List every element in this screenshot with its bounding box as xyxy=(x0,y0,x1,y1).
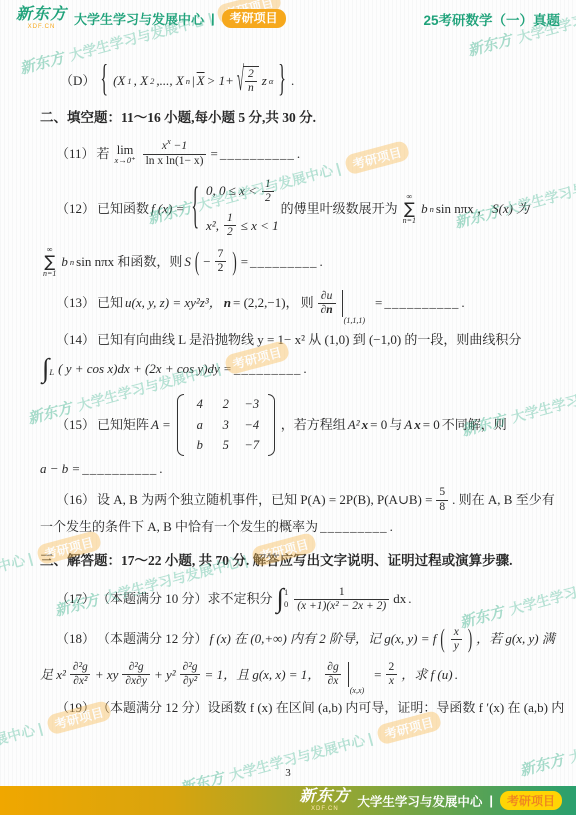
summation: ∞∑n=1 xyxy=(403,193,416,225)
period: . xyxy=(408,590,411,608)
integral-lower: L xyxy=(49,367,54,379)
question-16: （16） 设 A, B 为两个独立随机事件，已知 P(A) = 2P(B), P… xyxy=(40,486,542,513)
question-13: （13） 已知 u(x, y, z) = xy²z³， n = (2,2,−1)… xyxy=(40,290,542,317)
page-number: 3 xyxy=(0,767,576,779)
fraction: ∂²g∂y² xyxy=(180,661,201,688)
matrix-cell: a xyxy=(191,417,209,435)
denominator: ∂x xyxy=(325,674,342,688)
question-label: （11） xyxy=(56,145,95,163)
formula-part: f (x) = xyxy=(151,200,184,218)
numerator: 1 xyxy=(262,178,274,191)
matrix-cell: −3 xyxy=(243,396,261,414)
matrix-cell: b xyxy=(191,437,209,455)
left-brace: { xyxy=(100,54,108,108)
header-brand: 新东方 XDF.CN 大学生学习与发展中心 | 考研项目 xyxy=(16,7,286,30)
matrix-right-paren xyxy=(268,394,275,456)
text: 则 xyxy=(301,294,314,312)
denominator: 8 xyxy=(436,500,448,514)
fraction: ∂²g∂x∂y xyxy=(122,661,150,688)
text: 与 xyxy=(389,416,402,434)
formula-part: 足 x² xyxy=(40,666,66,684)
watermark-text: 大学生学习与发展中心 | xyxy=(567,709,576,767)
period: . xyxy=(297,145,300,163)
numerator: 2 xyxy=(245,68,257,81)
right-brace: } xyxy=(278,54,286,108)
text: sin nπx 和函数，则 xyxy=(76,253,182,271)
equals: = xyxy=(375,294,382,312)
period: . xyxy=(159,460,162,478)
numerator: ∂u xyxy=(318,290,335,303)
xdf-logo: 新东方 XDF.CN xyxy=(16,7,67,30)
minus: − xyxy=(203,253,210,271)
formula-part: + y² xyxy=(154,666,176,684)
piecewise-cases: 0, 0 ≤ x <12 x²,12≤ x < 1 xyxy=(206,178,279,240)
vector-n: n xyxy=(326,304,332,316)
numerator: ∂g xyxy=(324,661,341,674)
question-14: （14） 已知有向曲线 L 是沿抛物线 y = 1− x² 从 (1,0) 到 … xyxy=(40,331,542,349)
formula-part: b xyxy=(61,253,68,271)
integral-upper: 1 xyxy=(284,587,288,599)
equals: = xyxy=(241,253,248,271)
program-badge: 考研项目 xyxy=(222,9,286,27)
numerator: 1 xyxy=(336,586,348,599)
question-label: （16） xyxy=(56,491,95,509)
question-label: （13） xyxy=(56,294,95,312)
numerator: 5 xyxy=(436,486,448,499)
question-19: （19） （本题满分 12 分）设函数 f (x) 在区间 (a,b) 内可导，… xyxy=(40,699,542,717)
eval-point: (1,1,1) xyxy=(344,315,365,326)
formula-part: | xyxy=(192,72,195,90)
question-label: （12） xyxy=(56,200,95,218)
logo-subtext: XDF.CN xyxy=(311,806,339,812)
question-16-cont: 一个发生的条件下 A, B 中恰有一个发生的概率为 _________. xyxy=(40,518,542,536)
question-18-cont: 足 x² ∂²g∂x² + xy ∂²g∂x∂y + y² ∂²g∂y² = 1… xyxy=(40,661,542,688)
denominator: ∂x∂y xyxy=(122,674,150,688)
equals: = xyxy=(374,666,381,684)
formula-part: dx xyxy=(393,590,406,608)
text: ，若 g(x, y) 满 xyxy=(476,630,555,648)
period: . xyxy=(461,294,464,312)
piecewise-brace: { xyxy=(191,173,199,245)
footer-xdf-logo: 新东方 XDF.CN xyxy=(299,789,350,812)
fraction: ∂u ∂n xyxy=(318,290,336,317)
question-label: （17） xyxy=(56,590,95,608)
section-2-heading: 二、填空题：11～16 小题,每小题 5 分,共 30 分. xyxy=(40,109,542,128)
question-label: （14） xyxy=(56,331,95,349)
formula-part: ，求 f (u) xyxy=(401,666,452,684)
logo-text: 新东方 xyxy=(299,789,350,805)
formula-part: + xy xyxy=(95,666,119,684)
numerator: ∂²g xyxy=(180,661,201,674)
divider: | xyxy=(489,793,493,808)
vector-x: x xyxy=(414,416,421,434)
formula-part: a − b = xyxy=(40,460,80,478)
question-15: （15） 已知矩阵 A = 42−3 a3−4 b5−7 ，若方程组 A²x= … xyxy=(40,394,542,456)
denominator: ∂y² xyxy=(180,674,200,688)
text: 已知有向曲线 L 是沿抛物线 y = 1− x² 从 (1,0) 到 (−1,0… xyxy=(97,331,521,349)
question-label: （15） xyxy=(56,416,95,434)
matrix-left-paren xyxy=(177,394,184,456)
period: . xyxy=(455,666,458,684)
question-label: （19） xyxy=(56,699,95,717)
org-name: 大学生学习与发展中心 xyxy=(357,792,482,810)
fraction: xy xyxy=(451,626,462,653)
formula-part: z xyxy=(262,72,267,90)
denominator: ln x ln(1− x) xyxy=(143,154,207,168)
question-17: （17） （本题满分 10 分）求不定积分 ∫10 1 (x +1)(x² − … xyxy=(40,585,542,614)
matrix-cell: 5 xyxy=(217,437,235,455)
formula-part: ,..., X xyxy=(156,72,183,90)
numerator: −1 xyxy=(171,140,187,152)
formula-part: (X xyxy=(113,72,125,90)
vector-n: n xyxy=(224,294,231,312)
program-badge: 考研项目 xyxy=(500,791,562,810)
matrix-cell: −7 xyxy=(243,437,261,455)
denominator: x xyxy=(386,674,397,688)
org-name: 大学生学习与发展中心 xyxy=(74,9,204,28)
exam-title: 25考研数学（一）真题 xyxy=(423,9,560,29)
blank-field: _________ xyxy=(320,518,388,536)
question-18: （18） （本题满分 12 分） f (x) 在 (0,+∞) 内有 2 阶导，… xyxy=(40,626,542,653)
watermark-text: 大学生学习与发展中心 | xyxy=(0,547,35,605)
option-label: （D） xyxy=(60,72,95,90)
text: 一个发生的条件下 A, B 中恰有一个发生的概率为 xyxy=(40,518,318,536)
formula-part: > 1+ xyxy=(207,72,234,90)
text: 已知 xyxy=(97,294,123,312)
denominator: 2 xyxy=(262,191,274,205)
lim-sub: x→0⁺ xyxy=(115,156,136,165)
integral: ∫10 xyxy=(277,585,289,614)
page-header: 新东方 XDF.CN 大学生学习与发展中心 | 考研项目 25考研数学（一）真题 xyxy=(16,7,560,30)
evaluation-bar: (1,1,1) xyxy=(342,290,365,317)
formula-part: f (x) 在 (0,+∞) 内有 2 阶导，记 g(x, y) = f xyxy=(210,630,437,648)
x-bar: X xyxy=(197,72,205,90)
vector-x: x xyxy=(362,416,369,434)
question-14-cont: ∫L ( y + cos x)dx + (2x + cos y)dy = ___… xyxy=(40,355,542,382)
blank-field: _________ xyxy=(250,253,318,271)
text: （本题满分 10 分）求不定积分 xyxy=(97,590,273,608)
question-label: （18） xyxy=(56,630,95,648)
integral-lower: 0 xyxy=(284,599,288,611)
fraction: 72 xyxy=(215,248,227,275)
question-11: （11） 若 limx→0⁺ xx −1 ln x ln(1− x) = ___… xyxy=(40,140,542,167)
evaluation-bar: (x,x) xyxy=(348,662,364,687)
formula-part: = (2,2,−1)， xyxy=(233,294,299,312)
fraction: ∂g∂x xyxy=(324,661,341,688)
denominator: 2 xyxy=(224,225,236,239)
logo-text: 新东方 xyxy=(16,7,67,23)
left-paren: ( xyxy=(195,243,199,280)
integral: ∫L xyxy=(42,355,54,382)
denominator: n xyxy=(245,81,257,95)
case-2: ≤ x < 1 xyxy=(241,217,279,235)
period: . xyxy=(390,518,393,536)
sum-lower: n=1 xyxy=(403,217,416,225)
matrix-cell: −4 xyxy=(243,417,261,435)
summation: ∞∑n=1 xyxy=(43,246,56,278)
formula-part: S xyxy=(184,253,191,271)
formula-part: u(x, y, z) = xy²z³， xyxy=(125,294,222,312)
numerator: ∂²g xyxy=(126,661,147,674)
text: 已知函数 xyxy=(97,200,149,218)
sigma: ∑ xyxy=(404,201,415,217)
numerator: 1 xyxy=(224,212,236,225)
blank-field: _________ xyxy=(234,360,302,378)
question-12-cont: ∞∑n=1 bn sin nπx 和函数，则 S ( − 72 ) = ____… xyxy=(40,246,542,278)
period: . xyxy=(320,253,323,271)
text: 不同解，则 xyxy=(442,416,507,434)
case-2: x², xyxy=(206,217,219,235)
formula-part: A² xyxy=(348,416,360,434)
numerator: 7 xyxy=(215,248,227,261)
blank-field: __________ xyxy=(82,460,157,478)
formula-part: A xyxy=(404,416,412,434)
denominator: (x +1)(x² − 2x + 2) xyxy=(294,599,389,613)
formula-part: ( y + cos x)dx + (2x + cos y)dy = xyxy=(58,360,232,378)
text: 已知矩阵 xyxy=(97,416,149,434)
period: . xyxy=(303,360,306,378)
footer-bar: 新东方 XDF.CN 大学生学习与发展中心 | 考研项目 xyxy=(0,786,576,815)
right-paren: ) xyxy=(468,621,472,658)
logo-subtext: XDF.CN xyxy=(28,24,56,30)
fraction: ∂²g∂x² xyxy=(70,661,91,688)
denominator: y xyxy=(451,639,462,653)
blank-field: __________ xyxy=(384,294,459,312)
sigma: ∑ xyxy=(44,254,55,270)
formula-part: = 1，且 g(x, x) = 1， xyxy=(205,666,321,684)
option-d: （D） { (X1, X2,..., Xn | X > 1+ √ 2n zα }… xyxy=(40,66,542,95)
text: ，若方程组 xyxy=(281,416,346,434)
formula-part: S(x) 为 xyxy=(492,200,529,218)
formula-part: , X xyxy=(134,72,148,90)
eval-point: (x,x) xyxy=(350,685,364,696)
text: 若 xyxy=(97,145,110,163)
matrix-cell: 2 xyxy=(217,396,235,414)
exam-page: 新东方 XDF.CN 大学生学习与发展中心 | 考研项目 25考研数学（一）真题… xyxy=(0,0,576,815)
text: （本题满分 12 分）设函数 f (x) 在区间 (a,b) 内可导，证明：导函… xyxy=(97,699,564,717)
case-1: 0, 0 ≤ x < xyxy=(206,182,257,200)
matrix: 42−3 a3−4 b5−7 xyxy=(177,394,275,456)
numerator: 2 xyxy=(386,661,398,674)
watermark-logo: 新东方 xyxy=(465,29,514,61)
text: （本题满分 12 分） xyxy=(97,630,208,648)
numerator: x xyxy=(451,626,462,639)
fraction: 1 (x +1)(x² − 2x + 2) xyxy=(294,586,389,613)
formula-part: = 0 xyxy=(370,416,387,434)
denominator: 2 xyxy=(215,261,227,275)
section-3-heading: 三、解答题：17～22 小题, 共 70 分. 解答应写出文字说明、证明过程或演… xyxy=(40,552,542,571)
denominator: ∂x² xyxy=(70,674,90,688)
question-15-cont: a − b = __________. xyxy=(40,460,542,478)
period: . xyxy=(291,72,294,90)
formula-part: sin nπx ， xyxy=(436,200,490,218)
question-12: （12） 已知函数 f (x) = { 0, 0 ≤ x <12 x²,12≤ … xyxy=(40,178,542,240)
sum-lower: n=1 xyxy=(43,270,56,278)
blank-field: __________ xyxy=(220,145,295,163)
divider: | xyxy=(211,11,215,26)
numerator: ∂²g xyxy=(70,661,91,674)
formula-part: A = xyxy=(151,416,171,434)
equals: = xyxy=(210,145,217,163)
radical-sign: √ xyxy=(237,56,244,103)
text: . 则在 A, B 至少有 xyxy=(452,491,555,509)
formula-part: b xyxy=(421,200,428,218)
matrix-cell: 3 xyxy=(217,417,235,435)
radical: √ 2n xyxy=(237,66,259,95)
exam-body: （D） { (X1, X2,..., Xn | X > 1+ √ 2n zα }… xyxy=(40,66,542,717)
right-paren: ) xyxy=(232,243,236,280)
text: 的傅里叶级数展开为 xyxy=(281,200,398,218)
left-paren: ( xyxy=(440,621,444,658)
fraction: 2x xyxy=(386,661,398,688)
fraction: 58 xyxy=(436,486,448,513)
formula-part: = 0 xyxy=(423,416,440,434)
matrix-cell: 4 xyxy=(191,396,209,414)
limit: limx→0⁺ xyxy=(115,144,136,165)
text: 设 A, B 为两个独立随机事件，已知 P(A) = 2P(B), P(A∪B)… xyxy=(97,491,432,509)
fraction: xx −1 ln x ln(1− x) xyxy=(143,140,207,167)
